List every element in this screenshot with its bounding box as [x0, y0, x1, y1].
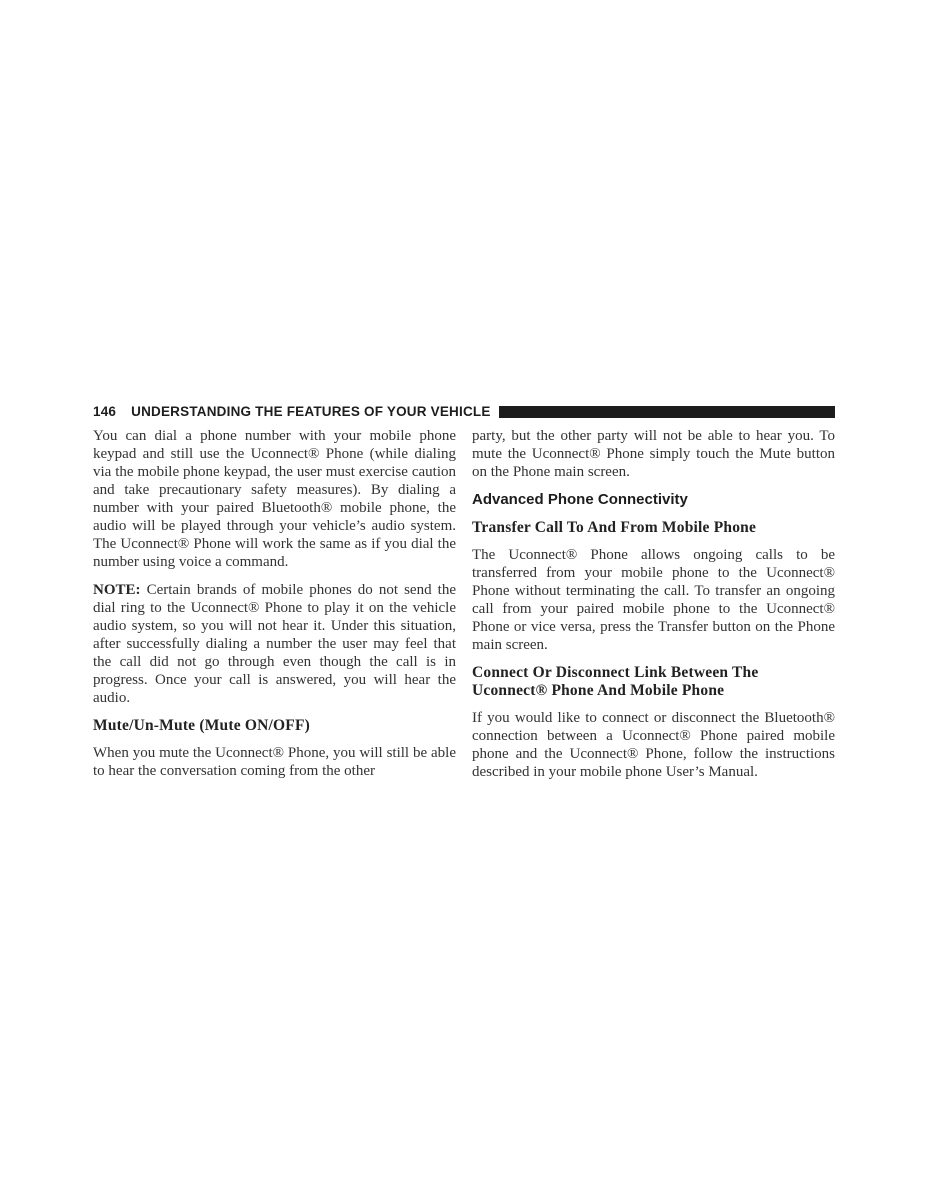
paragraph-connect-disconnect: If you would like to connect or disconne…: [472, 709, 835, 781]
heading-advanced-phone-connectivity: Advanced Phone Connectivity: [472, 491, 835, 508]
manual-page: 146 UNDERSTANDING THE FEATURES OF YOUR V…: [0, 0, 927, 1200]
header-rule-bar: [499, 406, 835, 418]
right-column: party, but the other party will not be a…: [472, 427, 835, 791]
note-body: Certain brands of mobile phones do not s…: [93, 582, 456, 706]
paragraph-transfer-call: The Uconnect® Phone allows ongoing calls…: [472, 546, 835, 654]
heading-connect-disconnect-link: Connect Or Disconnect Link Between The U…: [472, 664, 812, 700]
page-header: 146 UNDERSTANDING THE FEATURES OF YOUR V…: [93, 404, 835, 420]
paragraph-dial-with-keypad: You can dial a phone number with your mo…: [93, 427, 456, 571]
note-paragraph: NOTE: Certain brands of mobile phones do…: [93, 581, 456, 707]
paragraph-mute: When you mute the Uconnect® Phone, you w…: [93, 744, 456, 780]
left-column: You can dial a phone number with your mo…: [93, 427, 456, 791]
two-column-body: You can dial a phone number with your mo…: [93, 427, 835, 791]
heading-transfer-call: Transfer Call To And From Mobile Phone: [472, 519, 835, 537]
page-number: 146: [93, 404, 116, 420]
heading-mute-unmute: Mute/Un-Mute (Mute ON/OFF): [93, 717, 456, 735]
paragraph-mute-continued: party, but the other party will not be a…: [472, 427, 835, 481]
note-label: NOTE:: [93, 582, 141, 598]
header-title: UNDERSTANDING THE FEATURES OF YOUR VEHIC…: [131, 404, 490, 420]
